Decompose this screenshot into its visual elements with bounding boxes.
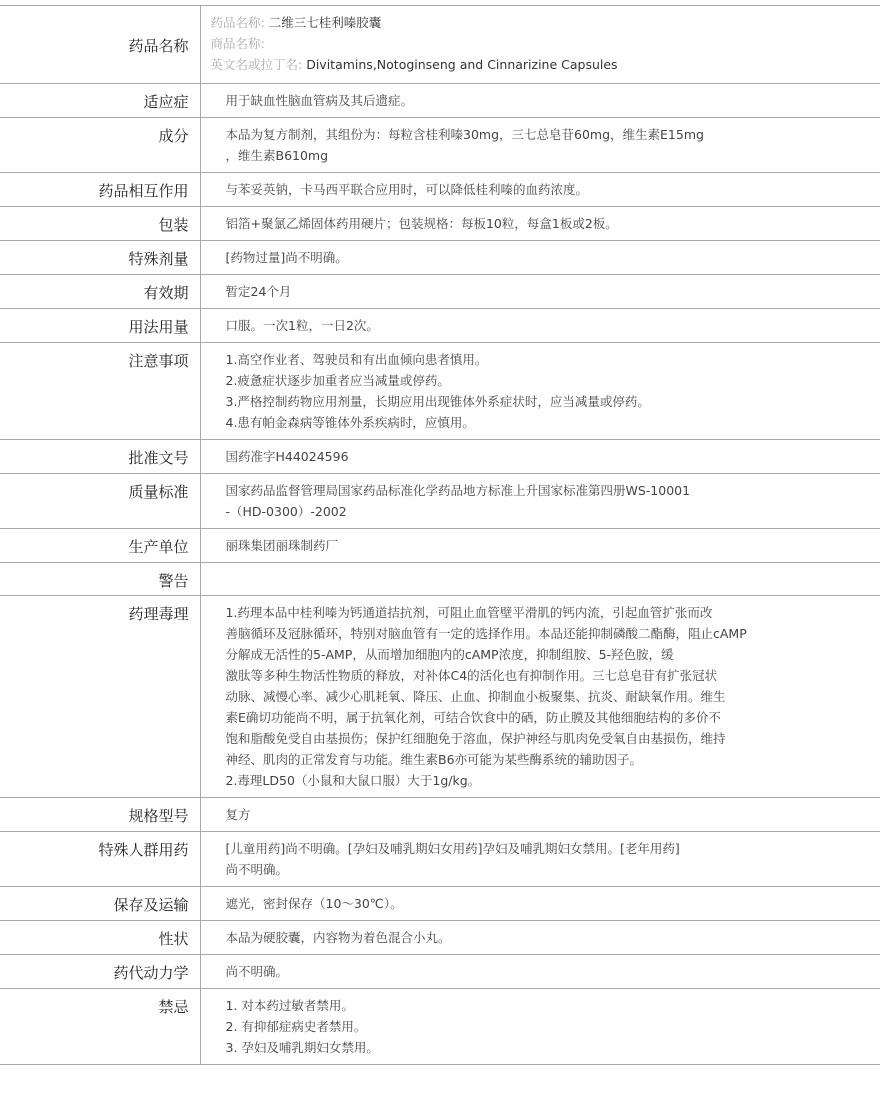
table-row: 药代动力学尚不明确。 (0, 955, 880, 989)
table-row: 有效期暂定24个月 (0, 275, 880, 309)
english-name-value: Divitamins,Notoginseng and Cinnarizine C… (306, 57, 617, 72)
value-line: 复方 (226, 804, 880, 825)
table-row: 性状本品为硬胶囊，内容物为着色混合小丸。 (0, 921, 880, 955)
row-value: 本品为硬胶囊，内容物为着色混合小丸。 (200, 921, 880, 955)
table-row: 药品相互作用与苯妥英钠，卡马西平联合应用时，可以降低桂利嗪的血药浓度。 (0, 173, 880, 207)
row-label: 药品名称 (0, 6, 200, 84)
row-value: [药物过量]尚不明确。 (200, 241, 880, 275)
value-line: 暂定24个月 (226, 281, 880, 302)
value-line: 尚不明确。 (226, 859, 880, 880)
row-value: 与苯妥英钠，卡马西平联合应用时，可以降低桂利嗪的血药浓度。 (200, 173, 880, 207)
value-line: 丽珠集团丽珠制药厂 (226, 535, 880, 556)
table-row: 禁忌1. 对本药过敏者禁用。2. 有抑郁症病史者禁用。3. 孕妇及哺乳期妇女禁用… (0, 989, 880, 1065)
row-label: 有效期 (0, 275, 200, 309)
value-line: 铝箔+聚氯乙烯固体药用硬片；包装规格：每板10粒，每盒1板或2板。 (226, 213, 880, 234)
row-value: 遮光，密封保存（10～30℃）。 (200, 887, 880, 921)
row-label: 药品相互作用 (0, 173, 200, 207)
drug-spec-table: 药品名称 药品名称: 二维三七桂利嗪胶囊 商品名称: 英文名或拉丁名: Divi… (0, 5, 880, 1065)
value-line: 1. 对本药过敏者禁用。 (226, 995, 880, 1016)
table-row: 规格型号复方 (0, 798, 880, 832)
value-line: -（HD-0300）-2002 (226, 501, 880, 522)
table-row: 用法用量口服。一次1粒，一日2次。 (0, 309, 880, 343)
value-line: 2. 有抑郁症病史者禁用。 (226, 1016, 880, 1037)
row-value: 口服。一次1粒，一日2次。 (200, 309, 880, 343)
row-label: 规格型号 (0, 798, 200, 832)
value-line: 本品为硬胶囊，内容物为着色混合小丸。 (226, 927, 880, 948)
value-line: 动脉、减慢心率、减少心肌耗氧、降压、止血、抑制血小板聚集、抗炎、耐缺氧作用。维生 (226, 686, 880, 707)
value-line: 神经、肌肉的正常发育与功能。维生素B6亦可能为某些酶系统的辅助因子。 (226, 749, 880, 770)
row-label: 性状 (0, 921, 200, 955)
row-label: 成分 (0, 118, 200, 173)
row-label: 包装 (0, 207, 200, 241)
row-label: 药理毒理 (0, 596, 200, 798)
table-row: 注意事项1.高空作业者、驾驶员和有出血倾向患者慎用。2.疲惫症状逐步加重者应当减… (0, 343, 880, 440)
row-value: 国家药品监督管理局国家药品标准化学药品地方标准上升国家标准第四册WS-10001… (200, 474, 880, 529)
table-row: 批准文号国药准字H44024596 (0, 440, 880, 474)
value-line: 国家药品监督管理局国家药品标准化学药品地方标准上升国家标准第四册WS-10001 (226, 480, 880, 501)
row-value: 铝箔+聚氯乙烯固体药用硬片；包装规格：每板10粒，每盒1板或2板。 (200, 207, 880, 241)
value-line: 2.疲惫症状逐步加重者应当减量或停药。 (226, 370, 880, 391)
value-line: 国药准字H44024596 (226, 446, 880, 467)
row-value: 尚不明确。 (200, 955, 880, 989)
value-line: 2.毒理LD50（小鼠和大鼠口服）大于1g/kg。 (226, 770, 880, 791)
row-label: 禁忌 (0, 989, 200, 1065)
generic-name-label: 药品名称: (211, 15, 265, 30)
row-value: 本品为复方制剂，其组份为：每粒含桂利嗪30mg，三七总皂苷60mg，维生素E15… (200, 118, 880, 173)
row-value: [儿童用药]尚不明确。[孕妇及哺乳期妇女用药]孕妇及哺乳期妇女禁用。[老年用药]… (200, 832, 880, 887)
value-line: 用于缺血性脑血管病及其后遗症。 (226, 90, 880, 111)
value-line: 遮光，密封保存（10～30℃）。 (226, 893, 880, 914)
english-name-label: 英文名或拉丁名: (211, 57, 303, 72)
table-row: 成分本品为复方制剂，其组份为：每粒含桂利嗪30mg，三七总皂苷60mg，维生素E… (0, 118, 880, 173)
row-value: 国药准字H44024596 (200, 440, 880, 474)
row-value: 1.高空作业者、驾驶员和有出血倾向患者慎用。2.疲惫症状逐步加重者应当减量或停药… (200, 343, 880, 440)
value-line: [药物过量]尚不明确。 (226, 247, 880, 268)
trade-name-line: 商品名称: (211, 33, 880, 54)
row-label: 批准文号 (0, 440, 200, 474)
row-label: 生产单位 (0, 529, 200, 563)
value-line: 与苯妥英钠，卡马西平联合应用时，可以降低桂利嗪的血药浓度。 (226, 179, 880, 200)
row-label: 特殊剂量 (0, 241, 200, 275)
table-row: 保存及运输遮光，密封保存（10～30℃）。 (0, 887, 880, 921)
value-line: 尚不明确。 (226, 961, 880, 982)
table-row: 特殊人群用药[儿童用药]尚不明确。[孕妇及哺乳期妇女用药]孕妇及哺乳期妇女禁用。… (0, 832, 880, 887)
table-row: 生产单位丽珠集团丽珠制药厂 (0, 529, 880, 563)
row-label: 注意事项 (0, 343, 200, 440)
value-line: 饱和脂酸免受自由基损伤；保护红细胞免于溶血，保护神经与肌肉免受氧自由基损伤，维持 (226, 728, 880, 749)
value-line: 激肽等多种生物活性物质的释放，对补体C4的活化也有抑制作用。三七总皂苷有扩张冠状 (226, 665, 880, 686)
english-name-line: 英文名或拉丁名: Divitamins,Notoginseng and Cinn… (211, 54, 880, 75)
value-line: 素E确切功能尚不明，属于抗氧化剂，可结合饮食中的硒，防止膜及其他细胞结构的多价不 (226, 707, 880, 728)
table-row: 警告 (0, 563, 880, 596)
trade-name-label: 商品名称: (211, 36, 265, 51)
row-value: 暂定24个月 (200, 275, 880, 309)
value-line: 口服。一次1粒，一日2次。 (226, 315, 880, 336)
row-value: 用于缺血性脑血管病及其后遗症。 (200, 84, 880, 118)
value-line: 本品为复方制剂，其组份为：每粒含桂利嗪30mg，三七总皂苷60mg，维生素E15… (226, 124, 880, 145)
value-line: [儿童用药]尚不明确。[孕妇及哺乳期妇女用药]孕妇及哺乳期妇女禁用。[老年用药] (226, 838, 880, 859)
row-value: 药品名称: 二维三七桂利嗪胶囊 商品名称: 英文名或拉丁名: Divitamin… (200, 6, 880, 84)
row-label: 适应症 (0, 84, 200, 118)
value-line: 1.药理本品中桂利嗪为钙通道拮抗剂，可阻止血管壁平滑肌的钙内流，引起血管扩张而改 (226, 602, 880, 623)
value-line: 3.严格控制药物应用剂量，长期应用出现锥体外系症状时，应当减量或停药。 (226, 391, 880, 412)
row-label: 用法用量 (0, 309, 200, 343)
generic-name-value: 二维三七桂利嗪胶囊 (269, 15, 382, 30)
value-line: 4.患有帕金森病等锥体外系疾病时，应慎用。 (226, 412, 880, 433)
row-value: 复方 (200, 798, 880, 832)
row-label: 保存及运输 (0, 887, 200, 921)
generic-name-line: 药品名称: 二维三七桂利嗪胶囊 (211, 12, 880, 33)
value-line: ，维生素B610mg (226, 145, 880, 166)
row-label: 警告 (0, 563, 200, 596)
row-drug-name: 药品名称 药品名称: 二维三七桂利嗪胶囊 商品名称: 英文名或拉丁名: Divi… (0, 6, 880, 84)
row-label: 特殊人群用药 (0, 832, 200, 887)
row-value: 1.药理本品中桂利嗪为钙通道拮抗剂，可阻止血管壁平滑肌的钙内流，引起血管扩张而改… (200, 596, 880, 798)
table-row: 药理毒理1.药理本品中桂利嗪为钙通道拮抗剂，可阻止血管壁平滑肌的钙内流，引起血管… (0, 596, 880, 798)
row-value (200, 563, 880, 596)
value-line: 善脑循环及冠脉循环，特别对脑血管有一定的选择作用。本品还能抑制磷酸二酯酶，阻止c… (226, 623, 880, 644)
table-row: 适应症用于缺血性脑血管病及其后遗症。 (0, 84, 880, 118)
value-line: 1.高空作业者、驾驶员和有出血倾向患者慎用。 (226, 349, 880, 370)
row-label: 药代动力学 (0, 955, 200, 989)
table-row: 质量标准国家药品监督管理局国家药品标准化学药品地方标准上升国家标准第四册WS-1… (0, 474, 880, 529)
row-label: 质量标准 (0, 474, 200, 529)
row-value: 1. 对本药过敏者禁用。2. 有抑郁症病史者禁用。3. 孕妇及哺乳期妇女禁用。 (200, 989, 880, 1065)
table-row: 特殊剂量[药物过量]尚不明确。 (0, 241, 880, 275)
value-line: 分解成无活性的5-AMP，从而增加细胞内的cAMP浓度，抑制组胺、5-羟色胺，缓 (226, 644, 880, 665)
table-row: 包装铝箔+聚氯乙烯固体药用硬片；包装规格：每板10粒，每盒1板或2板。 (0, 207, 880, 241)
row-value: 丽珠集团丽珠制药厂 (200, 529, 880, 563)
value-line: 3. 孕妇及哺乳期妇女禁用。 (226, 1037, 880, 1058)
